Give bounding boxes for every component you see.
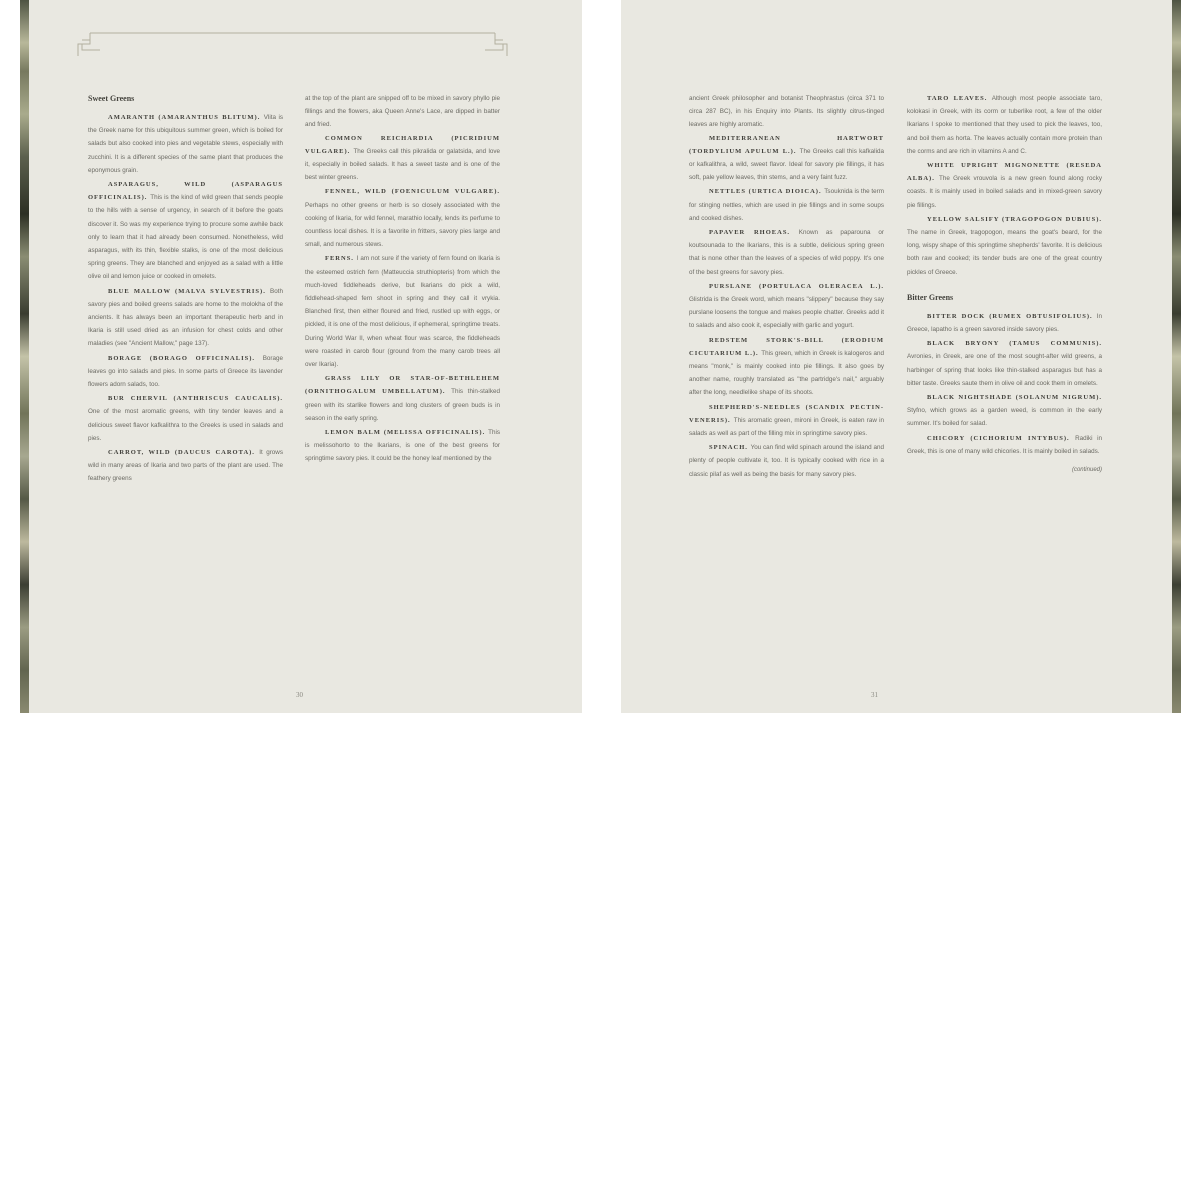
glossary-entry: SHEPHERD'S-NEEDLES (SCANDIX PECTIN-VENER…	[689, 401, 884, 441]
glossary-entry: AMARANTH (AMARANTHUS BLITUM). Vlita is t…	[88, 111, 283, 177]
glossary-entry: BITTER DOCK (RUMEX OBTUSIFOLIUS). In Gre…	[907, 310, 1102, 336]
glossary-entry: BLUE MALLOW (MALVA SYLVESTRIS). Both sav…	[88, 285, 283, 351]
glossary-entry: CARROT, WILD (DAUCUS CAROTA). It grows w…	[88, 446, 283, 486]
header-ornament	[60, 22, 540, 58]
entry-description: Glistrida is the Greek word, which means…	[689, 296, 884, 329]
entry-description: Avronies, in Greek, are one of the most …	[907, 353, 1102, 386]
glossary-entry: CHICORY (CICHORIUM INTYBUS). Radiki in G…	[907, 432, 1102, 458]
left-page-column-2: at the top of the plant are snipped off …	[305, 92, 500, 467]
entry-description: Styfno, which grows as a garden weed, is…	[907, 407, 1102, 427]
right-page-column-1: ancient Greek philosopher and botanist T…	[689, 92, 884, 482]
entry-term: BITTER DOCK (RUMEX OBTUSIFOLIUS).	[927, 313, 1097, 320]
entry-description: One of the most aromatic greens, with ti…	[88, 408, 283, 441]
entry-description: This is the kind of wild green that send…	[88, 194, 283, 280]
entry-term: BUR CHERVIL (ANTHRISCUS CAUCALIS).	[108, 395, 283, 402]
continued-note: (continued)	[907, 464, 1102, 477]
entry-description: The name in Greek, tragopogon, means the…	[907, 229, 1102, 276]
entry-term: YELLOW SALSIFY (TRAGOPOGON DUBIUS).	[927, 216, 1102, 223]
glossary-entry: REDSTEM STORK'S-BILL (ERODIUM CICUTARIUM…	[689, 334, 884, 400]
entry-description: Although most people associate taro, kol…	[907, 95, 1102, 155]
glossary-entry: BLACK NIGHTSHADE (SOLANUM NIGRUM). Styfn…	[907, 391, 1102, 431]
right-page: ancient Greek philosopher and botanist T…	[621, 0, 1181, 713]
entry-list: TARO LEAVES. Although most people associ…	[907, 92, 1102, 279]
entry-term: FENNEL, WILD (FOENICULUM VULGARE).	[325, 188, 500, 195]
entry-description: Vlita is the Greek name for this ubiquit…	[88, 114, 283, 174]
glossary-entry: BORAGE (BORAGO OFFICINALIS). Borage leav…	[88, 352, 283, 392]
entry-term: PURSLANE (PORTULACA OLERACEA L.).	[709, 283, 884, 290]
glossary-entry: PAPAVER RHOEAS. Known as paparouna or ko…	[689, 226, 884, 279]
section-heading-sweet-greens: Sweet Greens	[88, 92, 283, 105]
glossary-entry: COMMON REICHARDIA (PICRIDIUM VULGARE). T…	[305, 132, 500, 185]
continuation-text: ancient Greek philosopher and botanist T…	[689, 92, 884, 132]
entry-term: BLUE MALLOW (MALVA SYLVESTRIS).	[108, 288, 270, 295]
glossary-entry: BUR CHERVIL (ANTHRISCUS CAUCALIS). One o…	[88, 392, 283, 445]
photo-edge-strip	[1172, 0, 1181, 713]
entry-list: COMMON REICHARDIA (PICRIDIUM VULGARE). T…	[305, 132, 500, 466]
section-heading-bitter-greens: Bitter Greens	[907, 291, 1102, 304]
entry-term: CHICORY (CICHORIUM INTYBUS).	[927, 435, 1075, 442]
page-number: 31	[871, 691, 878, 699]
entry-term: CARROT, WILD (DAUCUS CAROTA).	[108, 449, 259, 456]
left-page: Sweet Greens AMARANTH (AMARANTHUS BLITUM…	[20, 0, 582, 713]
entry-term: BORAGE (BORAGO OFFICINALIS).	[108, 355, 263, 362]
entry-description: Both savory pies and boiled greens salad…	[88, 288, 283, 348]
entry-list: MEDITERRANEAN HARTWORT (TORDYLIUM APULUM…	[689, 132, 884, 481]
entry-term: BLACK NIGHTSHADE (SOLANUM NIGRUM).	[927, 394, 1102, 401]
continuation-text: at the top of the plant are snipped off …	[305, 92, 500, 132]
glossary-entry: SPINACH. You can find wild spinach aroun…	[689, 441, 884, 481]
entry-term: LEMON BALM (MELISSA OFFICINALIS).	[325, 429, 488, 436]
photo-edge-strip	[20, 0, 29, 713]
page-number: 30	[296, 691, 303, 699]
glossary-entry: FENNEL, WILD (FOENICULUM VULGARE). Perha…	[305, 185, 500, 251]
glossary-entry: LEMON BALM (MELISSA OFFICINALIS). This i…	[305, 426, 500, 466]
entry-list: AMARANTH (AMARANTHUS BLITUM). Vlita is t…	[88, 111, 283, 486]
entry-description: I am not sure if the variety of fern fou…	[305, 255, 500, 368]
entry-term: SPINACH.	[709, 444, 751, 451]
entry-term: PAPAVER RHOEAS.	[709, 229, 799, 236]
entry-list: BITTER DOCK (RUMEX OBTUSIFOLIUS). In Gre…	[907, 310, 1102, 458]
entry-term: TARO LEAVES.	[927, 95, 992, 102]
entry-term: FERNS.	[325, 255, 357, 262]
entry-term: BLACK BRYONY (TAMUS COMMUNIS).	[927, 340, 1102, 347]
glossary-entry: NETTLES (URTICA DIOICA). Tsouknida is th…	[689, 185, 884, 225]
glossary-entry: BLACK BRYONY (TAMUS COMMUNIS). Avronies,…	[907, 337, 1102, 390]
glossary-entry: WHITE UPRIGHT MIGNONETTE (RESEDA ALBA). …	[907, 159, 1102, 212]
glossary-entry: PURSLANE (PORTULACA OLERACEA L.). Glistr…	[689, 280, 884, 333]
right-page-column-2: TARO LEAVES. Although most people associ…	[907, 92, 1102, 477]
glossary-entry: MEDITERRANEAN HARTWORT (TORDYLIUM APULUM…	[689, 132, 884, 185]
glossary-entry: GRASS LILY OR STAR-OF-BETHLEHEM (ORNITHO…	[305, 372, 500, 425]
glossary-entry: YELLOW SALSIFY (TRAGOPOGON DUBIUS). The …	[907, 213, 1102, 279]
entry-description: Perhaps no other greens or herb is so cl…	[305, 202, 500, 249]
left-page-column-1: Sweet Greens AMARANTH (AMARANTHUS BLITUM…	[88, 92, 283, 487]
glossary-entry: FERNS. I am not sure if the variety of f…	[305, 252, 500, 371]
entry-term: AMARANTH (AMARANTHUS BLITUM).	[108, 114, 264, 121]
entry-term: NETTLES (URTICA DIOICA).	[709, 188, 824, 195]
glossary-entry: TARO LEAVES. Although most people associ…	[907, 92, 1102, 158]
glossary-entry: ASPARAGUS, WILD (ASPARAGUS OFFICINALIS).…	[88, 178, 283, 284]
